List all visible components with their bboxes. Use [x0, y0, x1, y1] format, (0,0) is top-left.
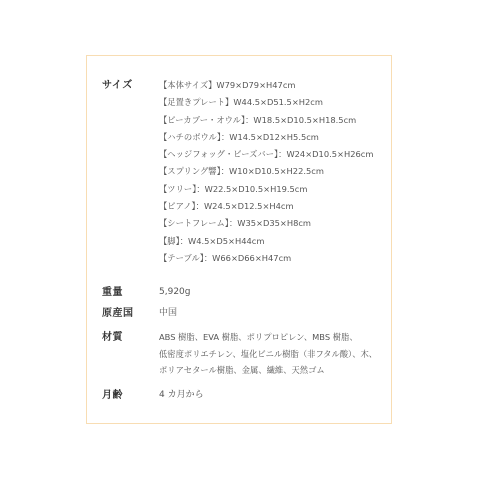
spec-values-origin: 中国 — [159, 305, 387, 322]
origin-value: 中国 — [159, 305, 387, 322]
size-piano: 【ピアノ】：W24.5×D12.5×H4cm — [159, 198, 387, 215]
size-legs: 【脚】：W4.5×D5×H44cm — [159, 233, 387, 250]
spec-label-age: 月齢 — [102, 387, 123, 404]
age-value: 4 カ月から — [159, 387, 387, 404]
size-footrest-plate: 【足置きプレート】W44.5×D51.5×H2cm — [159, 94, 387, 111]
size-spring: 【スプリング響】：W10×D10.5×H22.5cm — [159, 163, 387, 180]
size-table: 【テーブル】：W66×D66×H47cm — [159, 250, 387, 267]
spec-label-size: サイズ — [102, 77, 133, 94]
size-tree: 【ツリー】：W22.5×D10.5×H19.5cm — [159, 181, 387, 198]
spec-values-size: 【本体サイズ】W79×D79×H47cm 【足置きプレート】W44.5×D51.… — [159, 77, 387, 267]
spec-label-weight: 重量 — [102, 284, 123, 301]
material-line-3: ポリアセタール樹脂、金属、繊維、天然ゴム — [159, 362, 387, 379]
material-line-1: ABS 樹脂、EVA 樹脂、ポリプロピレン、MBS 樹脂、 — [159, 329, 387, 346]
weight-value: 5,920g — [159, 284, 387, 301]
size-main-body: 【本体サイズ】W79×D79×H47cm — [159, 77, 387, 94]
size-hedgehog-bead-bar: 【ヘッジフォッグ・ビーズバー】：W24×D10.5×H26cm — [159, 146, 387, 163]
size-seat-frame: 【シートフレーム】：W35×D35×H8cm — [159, 215, 387, 232]
spec-label-material: 材質 — [102, 329, 123, 346]
size-peekaboo-owl: 【ピーカブー・オウル】：W18.5×D10.5×H18.5cm — [159, 112, 387, 129]
material-line-2: 低密度ポリエチレン、塩化ビニル樹脂（非フタル酸）、木、 — [159, 346, 387, 363]
spec-values-weight: 5,920g — [159, 284, 387, 301]
size-bee-bowl: 【ハチのボウル】：W14.5×D12×H5.5cm — [159, 129, 387, 146]
product-spec-table: サイズ 【本体サイズ】W79×D79×H47cm 【足置きプレート】W44.5×… — [86, 55, 392, 424]
spec-values-age: 4 カ月から — [159, 387, 387, 404]
spec-label-origin: 原産国 — [102, 305, 134, 322]
spec-values-material: ABS 樹脂、EVA 樹脂、ポリプロピレン、MBS 樹脂、 低密度ポリエチレン、… — [159, 329, 387, 379]
